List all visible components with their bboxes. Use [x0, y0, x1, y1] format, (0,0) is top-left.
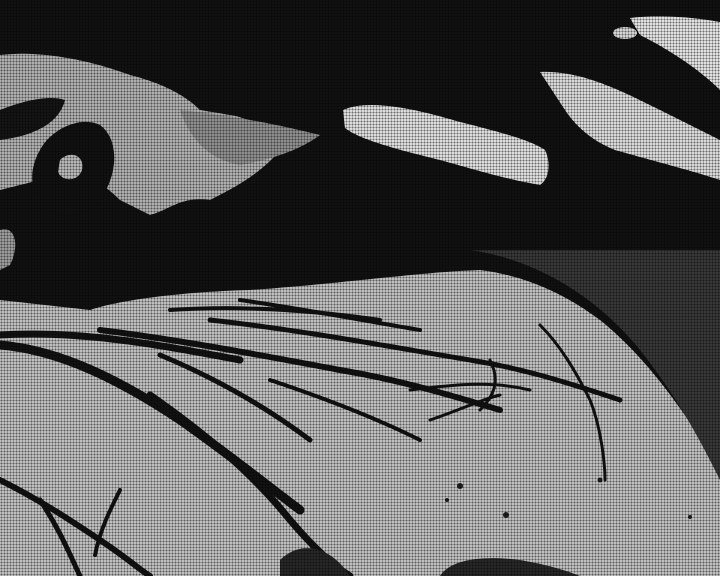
halftone-photograph [0, 0, 720, 576]
photo-content [0, 0, 720, 576]
